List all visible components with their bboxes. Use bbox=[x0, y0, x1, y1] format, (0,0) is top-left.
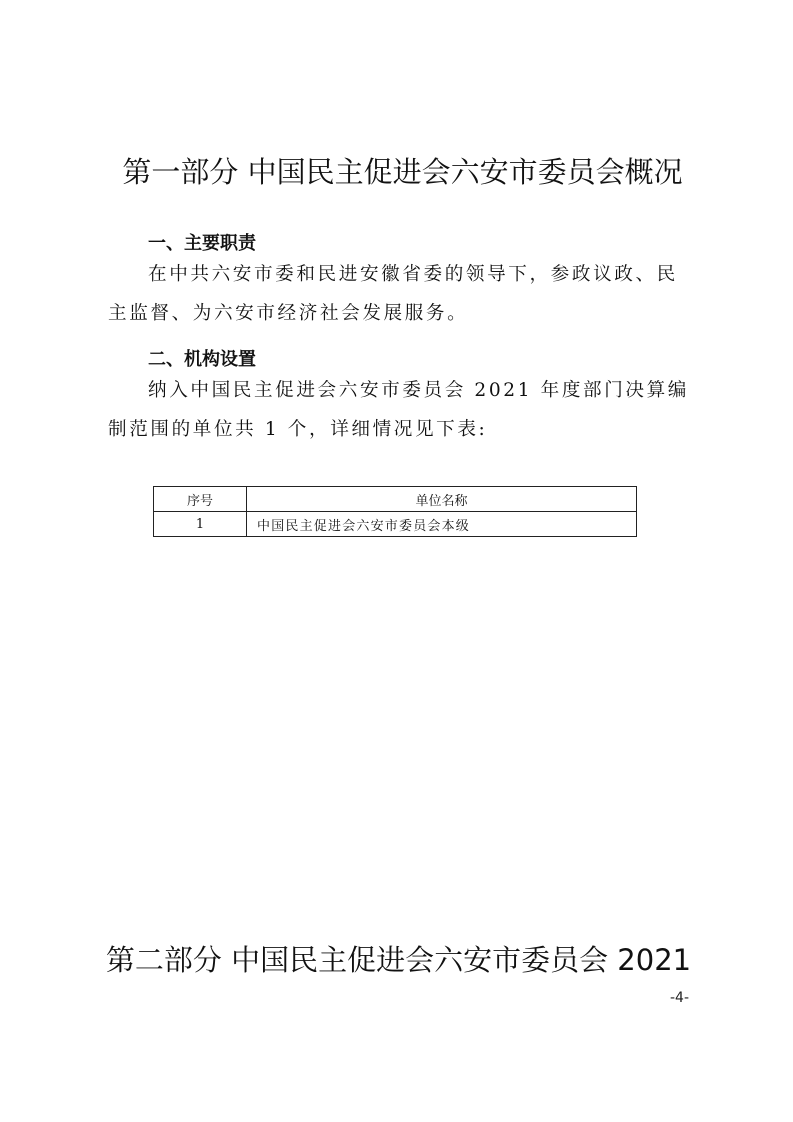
cell-unit-name: 中国民主促进会六安市委员会本级 bbox=[247, 512, 637, 537]
table-header-row: 序号 单位名称 bbox=[154, 487, 637, 512]
header-unit-name: 单位名称 bbox=[247, 487, 637, 512]
page-number: -4- bbox=[670, 990, 689, 1006]
section-heading-organization: 二、机构设置 bbox=[148, 345, 256, 371]
units-table: 序号 单位名称 1 中国民主促进会六安市委员会本级 bbox=[153, 486, 637, 537]
duties-paragraph: 在中共六安市委和民进安徽省委的领导下，参政议政、民主监督、为六安市经济社会发展服… bbox=[108, 256, 693, 333]
table-row: 1 中国民主促进会六安市委员会本级 bbox=[154, 512, 637, 537]
cell-serial: 1 bbox=[154, 512, 247, 537]
part1-title: 第一部分 中国民主促进会六安市委员会概况 bbox=[6, 150, 793, 191]
organization-paragraph: 纳入中国民主促进会六安市委员会 2021 年度部门决算编制范围的单位共 1 个，… bbox=[108, 372, 693, 449]
header-serial: 序号 bbox=[154, 487, 247, 512]
part2-title: 第二部分 中国民主促进会六安市委员会 2021 bbox=[2, 938, 793, 979]
section-heading-duties: 一、主要职责 bbox=[148, 229, 256, 255]
